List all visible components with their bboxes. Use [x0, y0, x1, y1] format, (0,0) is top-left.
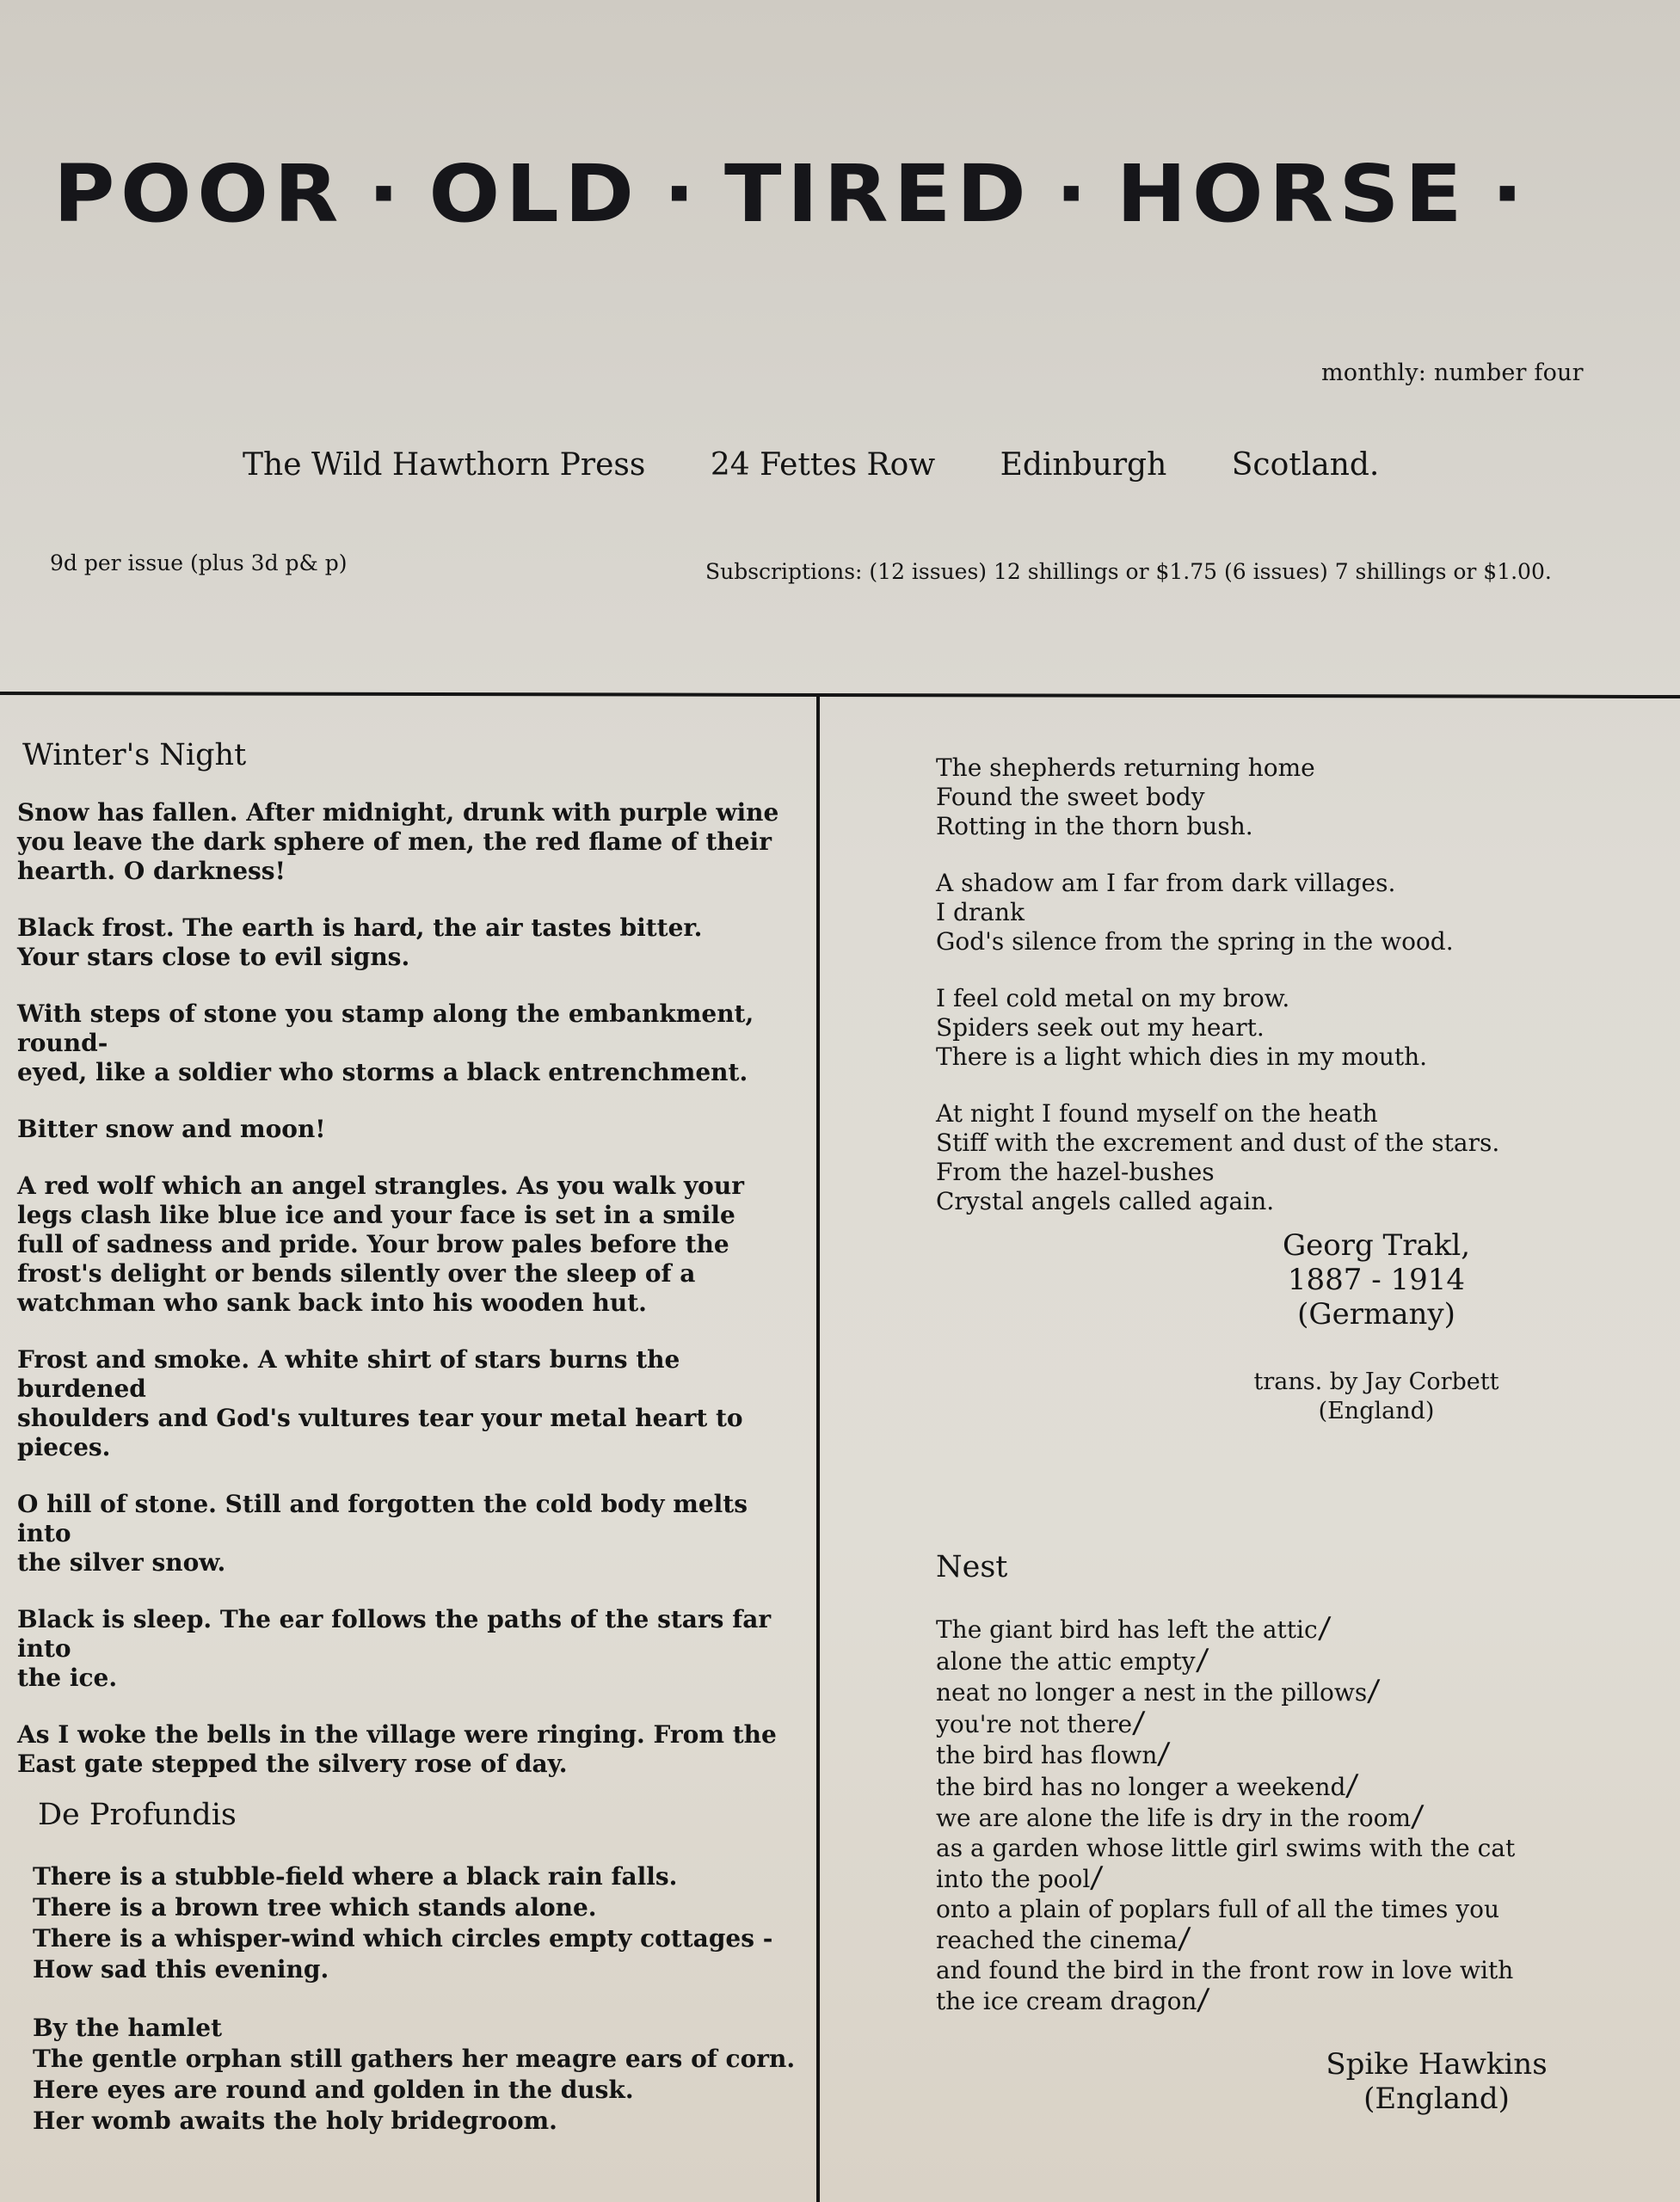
- poem-line: A shadow am I far from dark villages.: [936, 869, 1658, 898]
- poem-line: Frost and smoke. A white shirt of stars …: [17, 1345, 809, 1404]
- poem-line: The shepherds returning home: [936, 753, 1658, 783]
- poem-line: Crystal angels called again.: [936, 1187, 1658, 1216]
- stanza: The shepherds returning homeFound the sw…: [936, 753, 1658, 841]
- stanza: As I woke the bells in the village were …: [17, 1720, 809, 1779]
- poem-line: There is a whisper-wind which circles em…: [33, 1923, 807, 1954]
- author-dates: 1887 - 1914: [1239, 1263, 1514, 1297]
- poem-title: De Profundis: [38, 1798, 807, 1832]
- poem-title: Winter's Night: [22, 738, 809, 772]
- poem-line: A red wolf which an angel strangles. As …: [17, 1172, 809, 1201]
- handwritten-slash-mark: /: [1345, 1771, 1359, 1801]
- poem-line: There is a stubble-field where a black r…: [33, 1861, 807, 1892]
- poem-winters-night: Winter's Night Snow has fallen. After mi…: [17, 738, 809, 1806]
- poem-line: Spiders seek out my heart.: [936, 1013, 1658, 1043]
- author-name: Spike Hawkins: [1290, 2047, 1583, 2082]
- stanza: Black frost. The earth is hard, the air …: [17, 913, 809, 972]
- poem-line: Rotting in the thorn bush.: [936, 812, 1658, 841]
- poem-line: God's silence from the spring in the woo…: [936, 927, 1658, 956]
- stanza: A shadow am I far from dark villages.I d…: [936, 869, 1658, 956]
- stanza: At night I found myself on the heathStif…: [936, 1099, 1658, 1216]
- column-divider: [816, 697, 820, 2202]
- stanza: Snow has fallen. After midnight, drunk w…: [17, 798, 809, 886]
- subscription-info: Subscriptions: (12 issues) 12 shillings …: [705, 559, 1552, 584]
- poem-line: shoulders and God's vultures tear your m…: [17, 1404, 809, 1462]
- stanza: A red wolf which an angel strangles. As …: [17, 1172, 809, 1318]
- poem-line: The gentle orphan still gathers her meag…: [33, 2044, 807, 2075]
- stanza: Bitter snow and moon!: [17, 1115, 809, 1144]
- poem-line: Bitter snow and moon!: [17, 1115, 809, 1144]
- masthead-separator: ·: [1492, 148, 1529, 240]
- stanza: I feel cold metal on my brow.Spiders see…: [936, 984, 1658, 1072]
- handwritten-slash-mark: /: [1195, 1645, 1209, 1676]
- poem-de-profundis-continued: The shepherds returning homeFound the sw…: [936, 753, 1658, 1244]
- handwritten-slash-mark: /: [1197, 1985, 1210, 2015]
- poem-line: full of sadness and pride. Your brow pal…: [17, 1230, 809, 1259]
- poem-title: Nest: [936, 1550, 1658, 1584]
- handwritten-slash-mark: /: [1157, 1739, 1171, 1769]
- poem-line: Found the sweet body: [936, 783, 1658, 812]
- poem-line: Black is sleep. The ear follows the path…: [17, 1605, 809, 1664]
- poem-de-profundis: De Profundis There is a stubble-field wh…: [33, 1798, 807, 2164]
- masthead-word: TIRED: [724, 148, 1031, 240]
- poem-line: you leave the dark sphere of men, the re…: [17, 827, 809, 857]
- publisher-country: Scotland.: [1232, 447, 1380, 483]
- publisher-city: Edinburgh: [1000, 447, 1167, 483]
- author-attribution: Georg Trakl, 1887 - 1914 (Germany): [1239, 1228, 1514, 1332]
- stanza: Frost and smoke. A white shirt of stars …: [17, 1345, 809, 1462]
- poem-line: Snow has fallen. After midnight, drunk w…: [17, 798, 809, 827]
- masthead-word: POOR: [53, 148, 344, 240]
- poem-line: There is a brown tree which stands alone…: [33, 1892, 807, 1923]
- poem-line: frost's delight or bends silently over t…: [17, 1259, 809, 1289]
- author-name: Georg Trakl,: [1239, 1228, 1514, 1263]
- translator-attribution: trans. by Jay Corbett (England): [1222, 1368, 1531, 1426]
- poem-line: O hill of stone. Still and forgotten the…: [17, 1490, 809, 1548]
- author-attribution: Spike Hawkins (England): [1290, 2047, 1583, 2116]
- poem-body: There is a stubble-field where a black r…: [33, 1861, 807, 2137]
- handwritten-slash-mark: /: [1367, 1676, 1381, 1707]
- poem-body: The giant bird has left the attic/alone …: [936, 1614, 1658, 2017]
- poem-line: hearth. O darkness!: [17, 857, 809, 886]
- issue-info: monthly: number four: [1321, 360, 1584, 386]
- poem-nest: Nest The giant bird has left the attic/a…: [936, 1550, 1658, 2045]
- poem-line: How sad this evening.: [33, 1954, 807, 1985]
- poem-line: Her womb awaits the holy bridegroom.: [33, 2106, 807, 2137]
- translator-name: trans. by Jay Corbett: [1222, 1368, 1531, 1397]
- poem-line: we are alone the life is dry in the room…: [936, 1802, 1658, 1834]
- poem-line: As I woke the bells in the village were …: [17, 1720, 809, 1750]
- poem-body: The shepherds returning homeFound the sw…: [936, 753, 1658, 1216]
- masthead-separator: ·: [1055, 148, 1092, 240]
- publisher-address: 24 Fettes Row: [711, 447, 935, 483]
- poem-line: watchman who sank back into his wooden h…: [17, 1289, 809, 1318]
- masthead-title: POOR·OLD·TIRED·HORSE·: [53, 148, 1529, 240]
- masthead-word: OLD: [428, 148, 639, 240]
- poem-line: the ice cream dragon/: [936, 1985, 1658, 2017]
- poem-line: With steps of stone you stamp along the …: [17, 1000, 809, 1058]
- publisher-line: The Wild Hawthorn Press 24 Fettes Row Ed…: [243, 447, 1434, 483]
- handwritten-slash-mark: /: [1317, 1614, 1331, 1644]
- poem-line: Here eyes are round and golden in the du…: [33, 2075, 807, 2106]
- poem-line: eyed, like a soldier who storms a black …: [17, 1058, 809, 1087]
- poem-line: neat no longer a nest in the pillows/: [936, 1676, 1658, 1708]
- stanza: By the hamletThe gentle orphan still gat…: [33, 2013, 807, 2137]
- translator-country: (England): [1222, 1397, 1531, 1426]
- poem-line: I feel cold metal on my brow.: [936, 984, 1658, 1013]
- masthead-separator: ·: [663, 148, 700, 240]
- poem-line: From the hazel-bushes: [936, 1158, 1658, 1187]
- poem-line: At night I found myself on the heath: [936, 1099, 1658, 1129]
- author-country: (England): [1290, 2082, 1583, 2116]
- price-info: 9d per issue (plus 3d p& p): [50, 550, 348, 575]
- poem-line: Your stars close to evil signs.: [17, 943, 809, 972]
- poem-line: By the hamlet: [33, 2013, 807, 2044]
- horizontal-divider: [0, 692, 1680, 698]
- poem-line: into the pool/: [936, 1863, 1658, 1895]
- poem-line: East gate stepped the silvery rose of da…: [17, 1750, 809, 1779]
- poem-line: Black frost. The earth is hard, the air …: [17, 913, 809, 943]
- poem-line: Stiff with the excrement and dust of the…: [936, 1129, 1658, 1158]
- handwritten-slash-mark: /: [1090, 1863, 1104, 1893]
- poem-line: the ice.: [17, 1664, 809, 1693]
- stanza: With steps of stone you stamp along the …: [17, 1000, 809, 1087]
- poem-line: the bird has no longer a weekend/: [936, 1771, 1658, 1803]
- poem-line: I drank: [936, 898, 1658, 927]
- poem-line: reached the cinema/: [936, 1924, 1658, 1956]
- masthead-separator: ·: [367, 148, 404, 240]
- poem-line: as a garden whose little girl swims with…: [936, 1834, 1658, 1864]
- magazine-page: POOR·OLD·TIRED·HORSE· monthly: number fo…: [0, 0, 1680, 2202]
- handwritten-slash-mark: /: [1178, 1924, 1191, 1954]
- poem-line: onto a plain of poplars full of all the …: [936, 1895, 1658, 1925]
- poem-line: alone the attic empty/: [936, 1645, 1658, 1677]
- handwritten-slash-mark: /: [1132, 1708, 1146, 1738]
- poem-line: The giant bird has left the attic/: [936, 1614, 1658, 1645]
- poem-line: you're not there/: [936, 1708, 1658, 1740]
- poem-line: and found the bird in the front row in l…: [936, 1956, 1658, 1986]
- masthead-word: HORSE: [1117, 148, 1468, 240]
- handwritten-slash-mark: /: [1411, 1802, 1425, 1832]
- poem-line: the bird has flown/: [936, 1739, 1658, 1771]
- stanza: O hill of stone. Still and forgotten the…: [17, 1490, 809, 1578]
- stanza: There is a stubble-field where a black r…: [33, 1861, 807, 1985]
- poem-body: Snow has fallen. After midnight, drunk w…: [17, 798, 809, 1779]
- publisher-name: The Wild Hawthorn Press: [243, 447, 645, 483]
- author-country: (Germany): [1239, 1297, 1514, 1332]
- poem-line: the silver snow.: [17, 1548, 809, 1578]
- poem-line: There is a light which dies in my mouth.: [936, 1043, 1658, 1072]
- poem-line: legs clash like blue ice and your face i…: [17, 1201, 809, 1230]
- stanza: Black is sleep. The ear follows the path…: [17, 1605, 809, 1693]
